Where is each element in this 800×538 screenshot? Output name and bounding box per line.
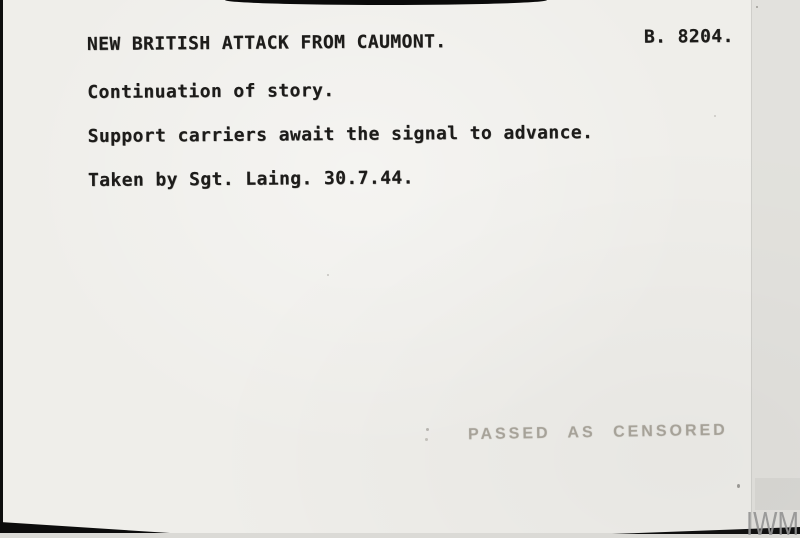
scan-speck	[756, 6, 758, 8]
caption-line-description: Support carriers await the signal to adv…	[88, 122, 594, 147]
iwm-watermark: IWM	[746, 507, 799, 538]
scanned-caption-card: NEW BRITISH ATTACK FROM CAUMONT. B. 8204…	[0, 0, 800, 538]
scan-speck	[714, 115, 716, 117]
scan-edge-left	[0, 0, 3, 533]
negative-number: B. 8204.	[644, 26, 734, 48]
typewritten-text-block: NEW BRITISH ATTACK FROM CAUMONT. B. 8204…	[0, 0, 800, 538]
scan-speck	[737, 484, 740, 488]
caption-line-photographer: Taken by Sgt. Laing. 30.7.44.	[88, 167, 414, 191]
stamp-smudge-mark	[426, 428, 429, 431]
scan-speck	[327, 274, 329, 276]
caption-line-continuation: Continuation of story.	[87, 80, 334, 103]
caption-title: NEW BRITISH ATTACK FROM CAUMONT.	[87, 31, 447, 55]
